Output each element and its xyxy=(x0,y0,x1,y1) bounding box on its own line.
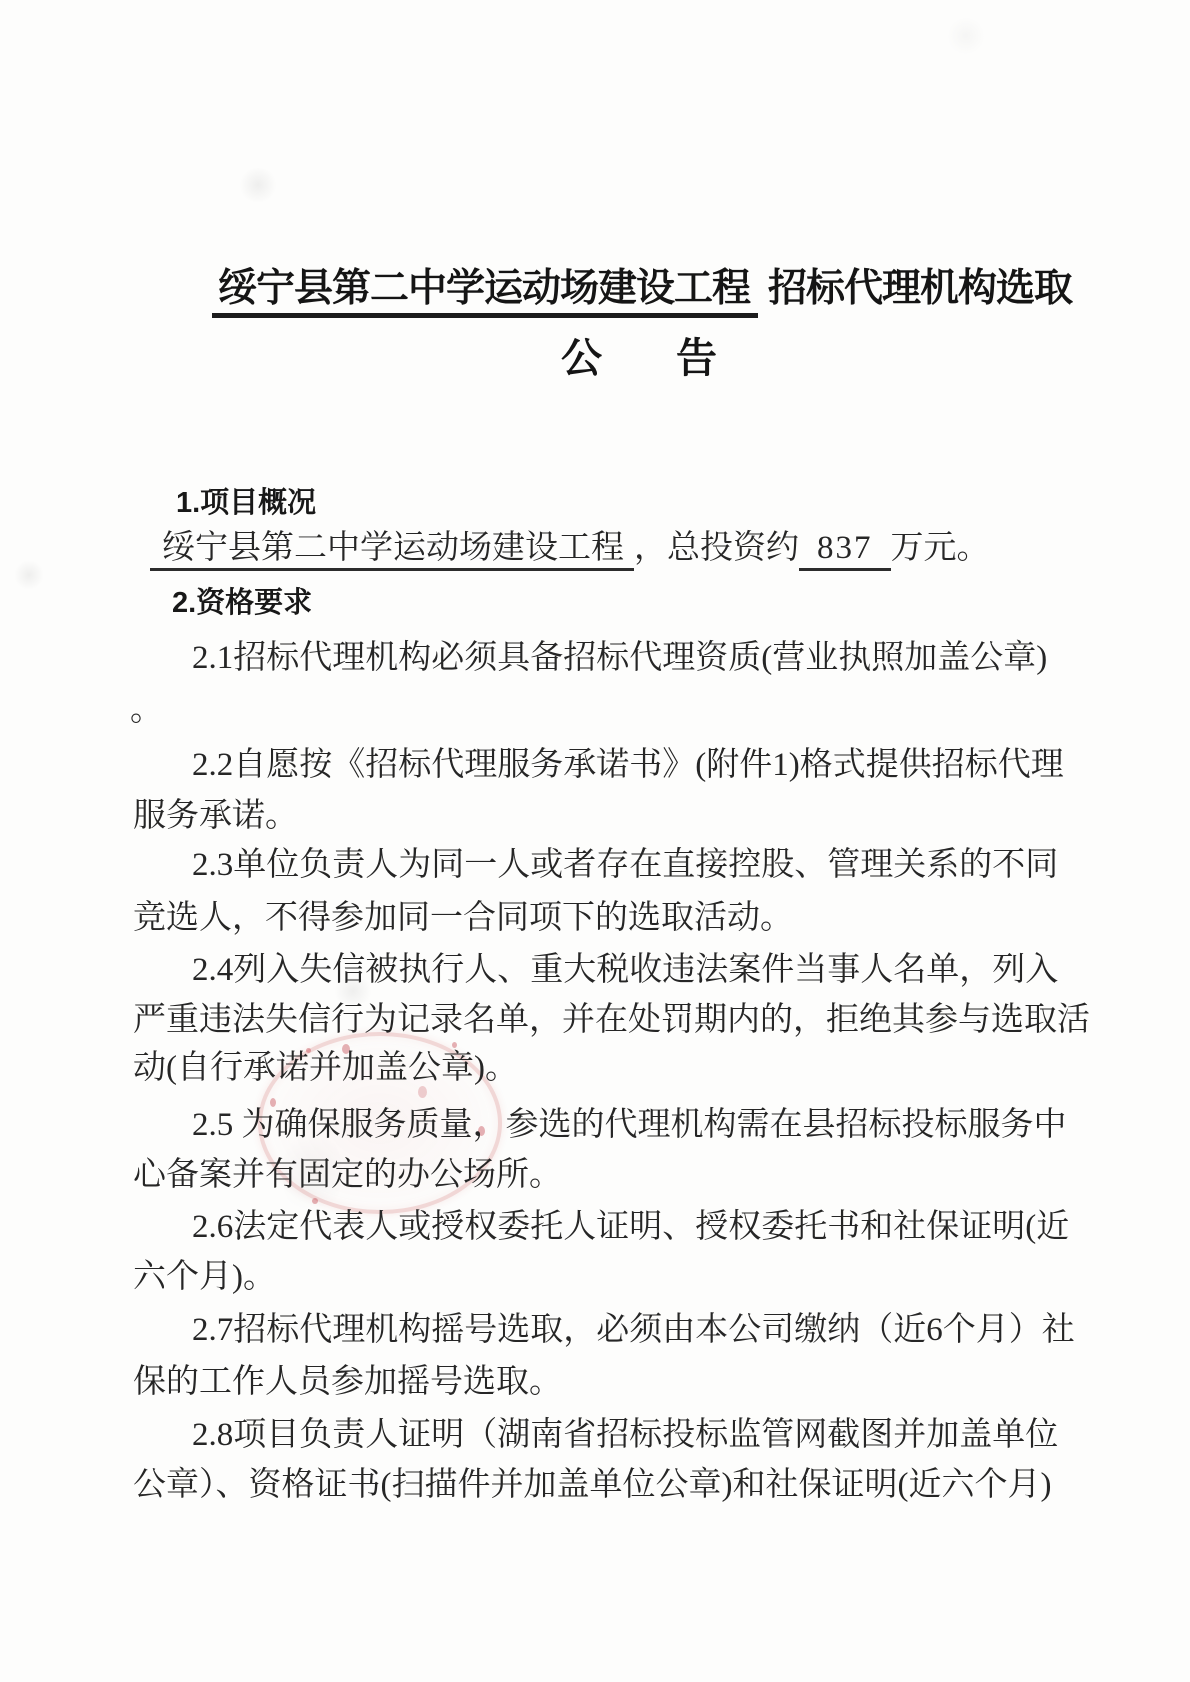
project-name-underlined: 绥宁县第二中学运动场建设工程 xyxy=(150,530,634,571)
clause-2-4-line3: 动(自行承诺并加盖公章)。 xyxy=(133,1048,518,1089)
title-suffix: 招标代理机构选取 xyxy=(768,267,1072,310)
clause-2-8-line1: 2.8项目负责人证明（湖南省招标投标监管网截图并加盖单位 xyxy=(192,1415,1058,1456)
clause-2-6-line2: 六个月)。 xyxy=(133,1257,276,1298)
clause-2-2-line1: 2.2自愿按《招标代理服务承诺书》(附件1)格式提供招标代理 xyxy=(192,745,1064,786)
title-project-name-underlined: 绥宁县第二中学运动场建设工程 xyxy=(212,267,758,318)
section-1-heading: 1.项目概况 xyxy=(176,486,316,521)
clause-2-3-line1: 2.3单位负责人为同一人或者存在直接控股、管理关系的不同 xyxy=(192,845,1058,886)
clause-2-5-line1: 2.5 为确保服务质量，参选的代理机构需在县招标投标服务中 xyxy=(192,1105,1067,1146)
clause-2-1-line1: 2.1招标代理机构必须具备招标代理资质(营业执照加盖公章) xyxy=(192,638,1047,679)
clause-2-7-line2: 保的工作人员参加摇号选取。 xyxy=(133,1362,562,1403)
project-suffix-text: 万元。 xyxy=(891,530,990,566)
stamp-ink-speck xyxy=(312,1198,318,1204)
clause-2-7-line1: 2.7招标代理机构摇号选取，必须由本公司缴纳（近6个月）社 xyxy=(192,1310,1075,1351)
title-char-gong: 公 xyxy=(561,336,602,381)
investment-amount-underlined: 837 xyxy=(799,530,891,571)
clause-2-6-line1: 2.6法定代表人或授权委托人证明、授权委托书和社保证明(近 xyxy=(192,1207,1069,1248)
clause-2-5-line2: 心备案并有固定的办公场所。 xyxy=(133,1155,562,1196)
scan-smudge xyxy=(948,16,984,56)
scan-smudge xyxy=(238,168,278,202)
document-title-line2: 公 告 xyxy=(561,336,717,381)
clause-2-2-line2: 服务承诺。 xyxy=(133,796,298,837)
document-title-line1: 绥宁县第二中学运动场建设工程招标代理机构选取 xyxy=(212,266,1072,313)
clause-2-4-line1: 2.4列入失信被执行人、重大税收违法案件当事人名单，列入 xyxy=(192,950,1058,991)
clause-2-8-line2: 公章）、资格证书(扫描件并加盖单位公章)和社保证明(近六个月) xyxy=(133,1465,1051,1506)
project-mid-text: ，总投资约 xyxy=(634,530,799,566)
title-char-gao: 告 xyxy=(676,336,717,381)
clause-2-3-line2: 竞选人，不得参加同一合同项下的选取活动。 xyxy=(133,898,793,939)
scan-smudge xyxy=(14,560,44,590)
clause-2-1-line2: 。 xyxy=(130,690,163,731)
section-2-heading: 2.资格要求 xyxy=(172,586,312,621)
project-overview-line: 绥宁县第二中学运动场建设工程，总投资约837万元。 xyxy=(150,528,990,569)
clause-2-4-line2: 严重违法失信行为记录名单，并在处罚期内的，拒绝其参与选取活 xyxy=(133,1000,1090,1041)
document-page: 绥宁县第二中学运动场建设工程招标代理机构选取 公 告 1.项目概况 绥宁县第二中… xyxy=(0,0,1190,1682)
